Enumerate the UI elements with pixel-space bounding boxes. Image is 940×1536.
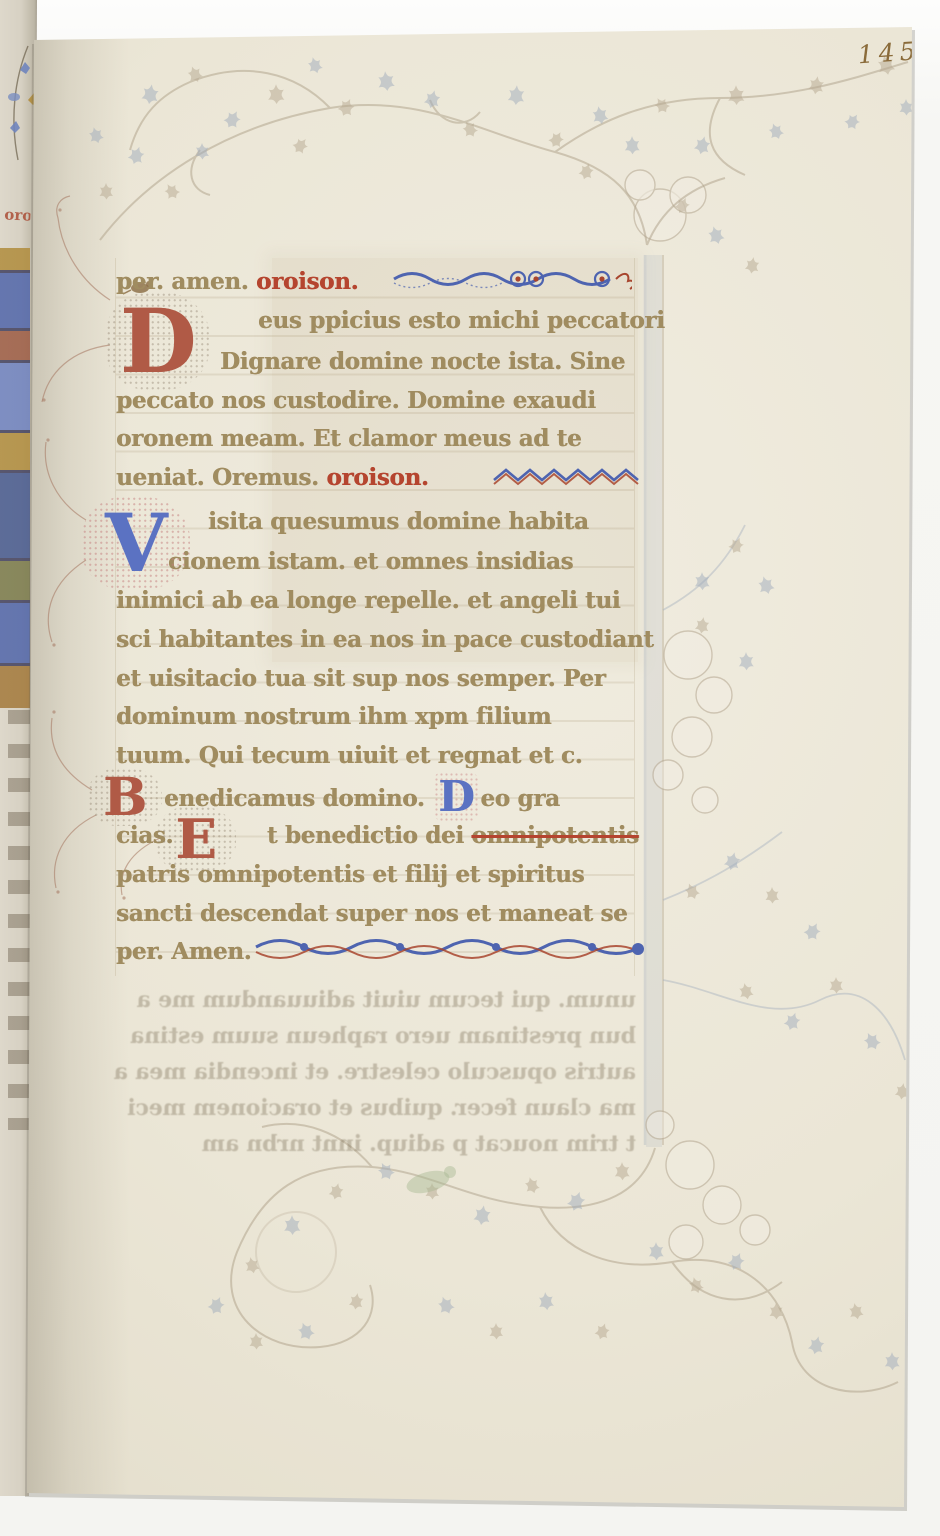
folio-number: 145: [857, 36, 929, 77]
ms-segment-text: eo gra: [480, 785, 559, 812]
ms-line-9: inimici ab ea longe repelle. et angeli t…: [116, 581, 634, 621]
bird-icon: [404, 1166, 456, 1197]
facing-rubric-fragment: oroiſon: [3, 205, 31, 240]
showthrough-line-2: bun prestinam uero rapheun suum estina: [112, 1018, 636, 1054]
verso-showthrough-text: unum. qui tecum uiuit adiuuandum me abun…: [112, 982, 636, 1162]
line-filler-zigzag: [492, 464, 640, 488]
ms-line-7: isita quesumus domine habita: [116, 502, 726, 542]
ms-segment-text: t benedictio dei: [267, 822, 472, 849]
ms-line-10: sci habitantes in ea nos in pace custodi…: [116, 620, 634, 660]
ms-segment-text: dominum nostrum ihm xpm filium: [116, 703, 551, 730]
ms-segment-text: inimici ab ea longe repelle. et angeli t…: [116, 587, 620, 614]
line-filler-wave: [252, 934, 646, 962]
showthrough-line-4: ma claun fecer. quibus et oracionem meci: [112, 1090, 636, 1126]
facing-miniature-edge: [0, 248, 30, 708]
showthrough-line-5: t trim noucat p adiup. innt nrbn am: [112, 1126, 636, 1162]
ms-line-17: sancti descendat super nos et maneat se: [116, 894, 634, 934]
drop-cap-initial-e: E: [156, 806, 236, 872]
showthrough-line-1: unum. qui tecum uiuit adiuuandum me a: [112, 982, 636, 1018]
ms-segment-text: sci habitantes in ea nos in pace custodi…: [116, 626, 654, 653]
ms-segment-strike: omnipotentis: [471, 822, 638, 849]
bird-icon: [8, 93, 20, 101]
ms-line-8: cionem istam. et omnes insidias: [116, 542, 686, 582]
showthrough-line-3: autris opusculo celestre. et incendia me…: [112, 1054, 636, 1090]
ms-segment-rubric: oroison.: [326, 464, 428, 491]
drop-cap-initial-b: B: [88, 768, 162, 826]
ms-segment-text: sancti descendat super nos et maneat se: [116, 900, 627, 927]
ms-segment-text: isita quesumus domine habita: [208, 508, 589, 535]
ms-line-13: tuum. Qui tecum uiuit et regnat et c.: [116, 736, 634, 776]
ms-line-11: et uisitacio tua sit sup nos semper. Per: [116, 659, 634, 699]
facing-marginal-text: [8, 710, 30, 1130]
ms-segment-text: ueniat. Oremus.: [116, 464, 326, 491]
ms-line-12: dominum nostrum ihm xpm filium: [116, 697, 634, 737]
manuscript-page: 145 per. amen. oroison.eus ppicius esto …: [0, 0, 940, 1536]
drop-cap-initial-v: V: [82, 496, 190, 590]
ms-segment-text: eus ppicius esto michi peccatori: [258, 307, 665, 334]
ms-segment-rubric: oroison.: [256, 268, 358, 295]
ms-segment-text: cionem istam. et omnes insidias: [168, 548, 573, 575]
drop-cap-initial-d: D: [106, 292, 210, 390]
ms-line-5: oronem meam. Et clamor meus ad te: [116, 419, 634, 459]
ms-segment-initial-blue: D: [434, 772, 478, 821]
ms-line-2: eus ppicius esto michi peccatori: [116, 301, 776, 341]
ms-segment-text: et uisitacio tua sit sup nos semper. Per: [116, 665, 605, 692]
ms-segment-text: Dignare domine nocte ista. Sine: [220, 348, 625, 375]
line-filler-penwork: [390, 266, 632, 292]
ms-segment-text: per. Amen.: [116, 938, 251, 965]
ms-segment-text: tuum. Qui tecum uiuit et regnat et c.: [116, 742, 582, 769]
ms-segment-text: oronem meam. Et clamor meus ad te: [116, 425, 581, 452]
